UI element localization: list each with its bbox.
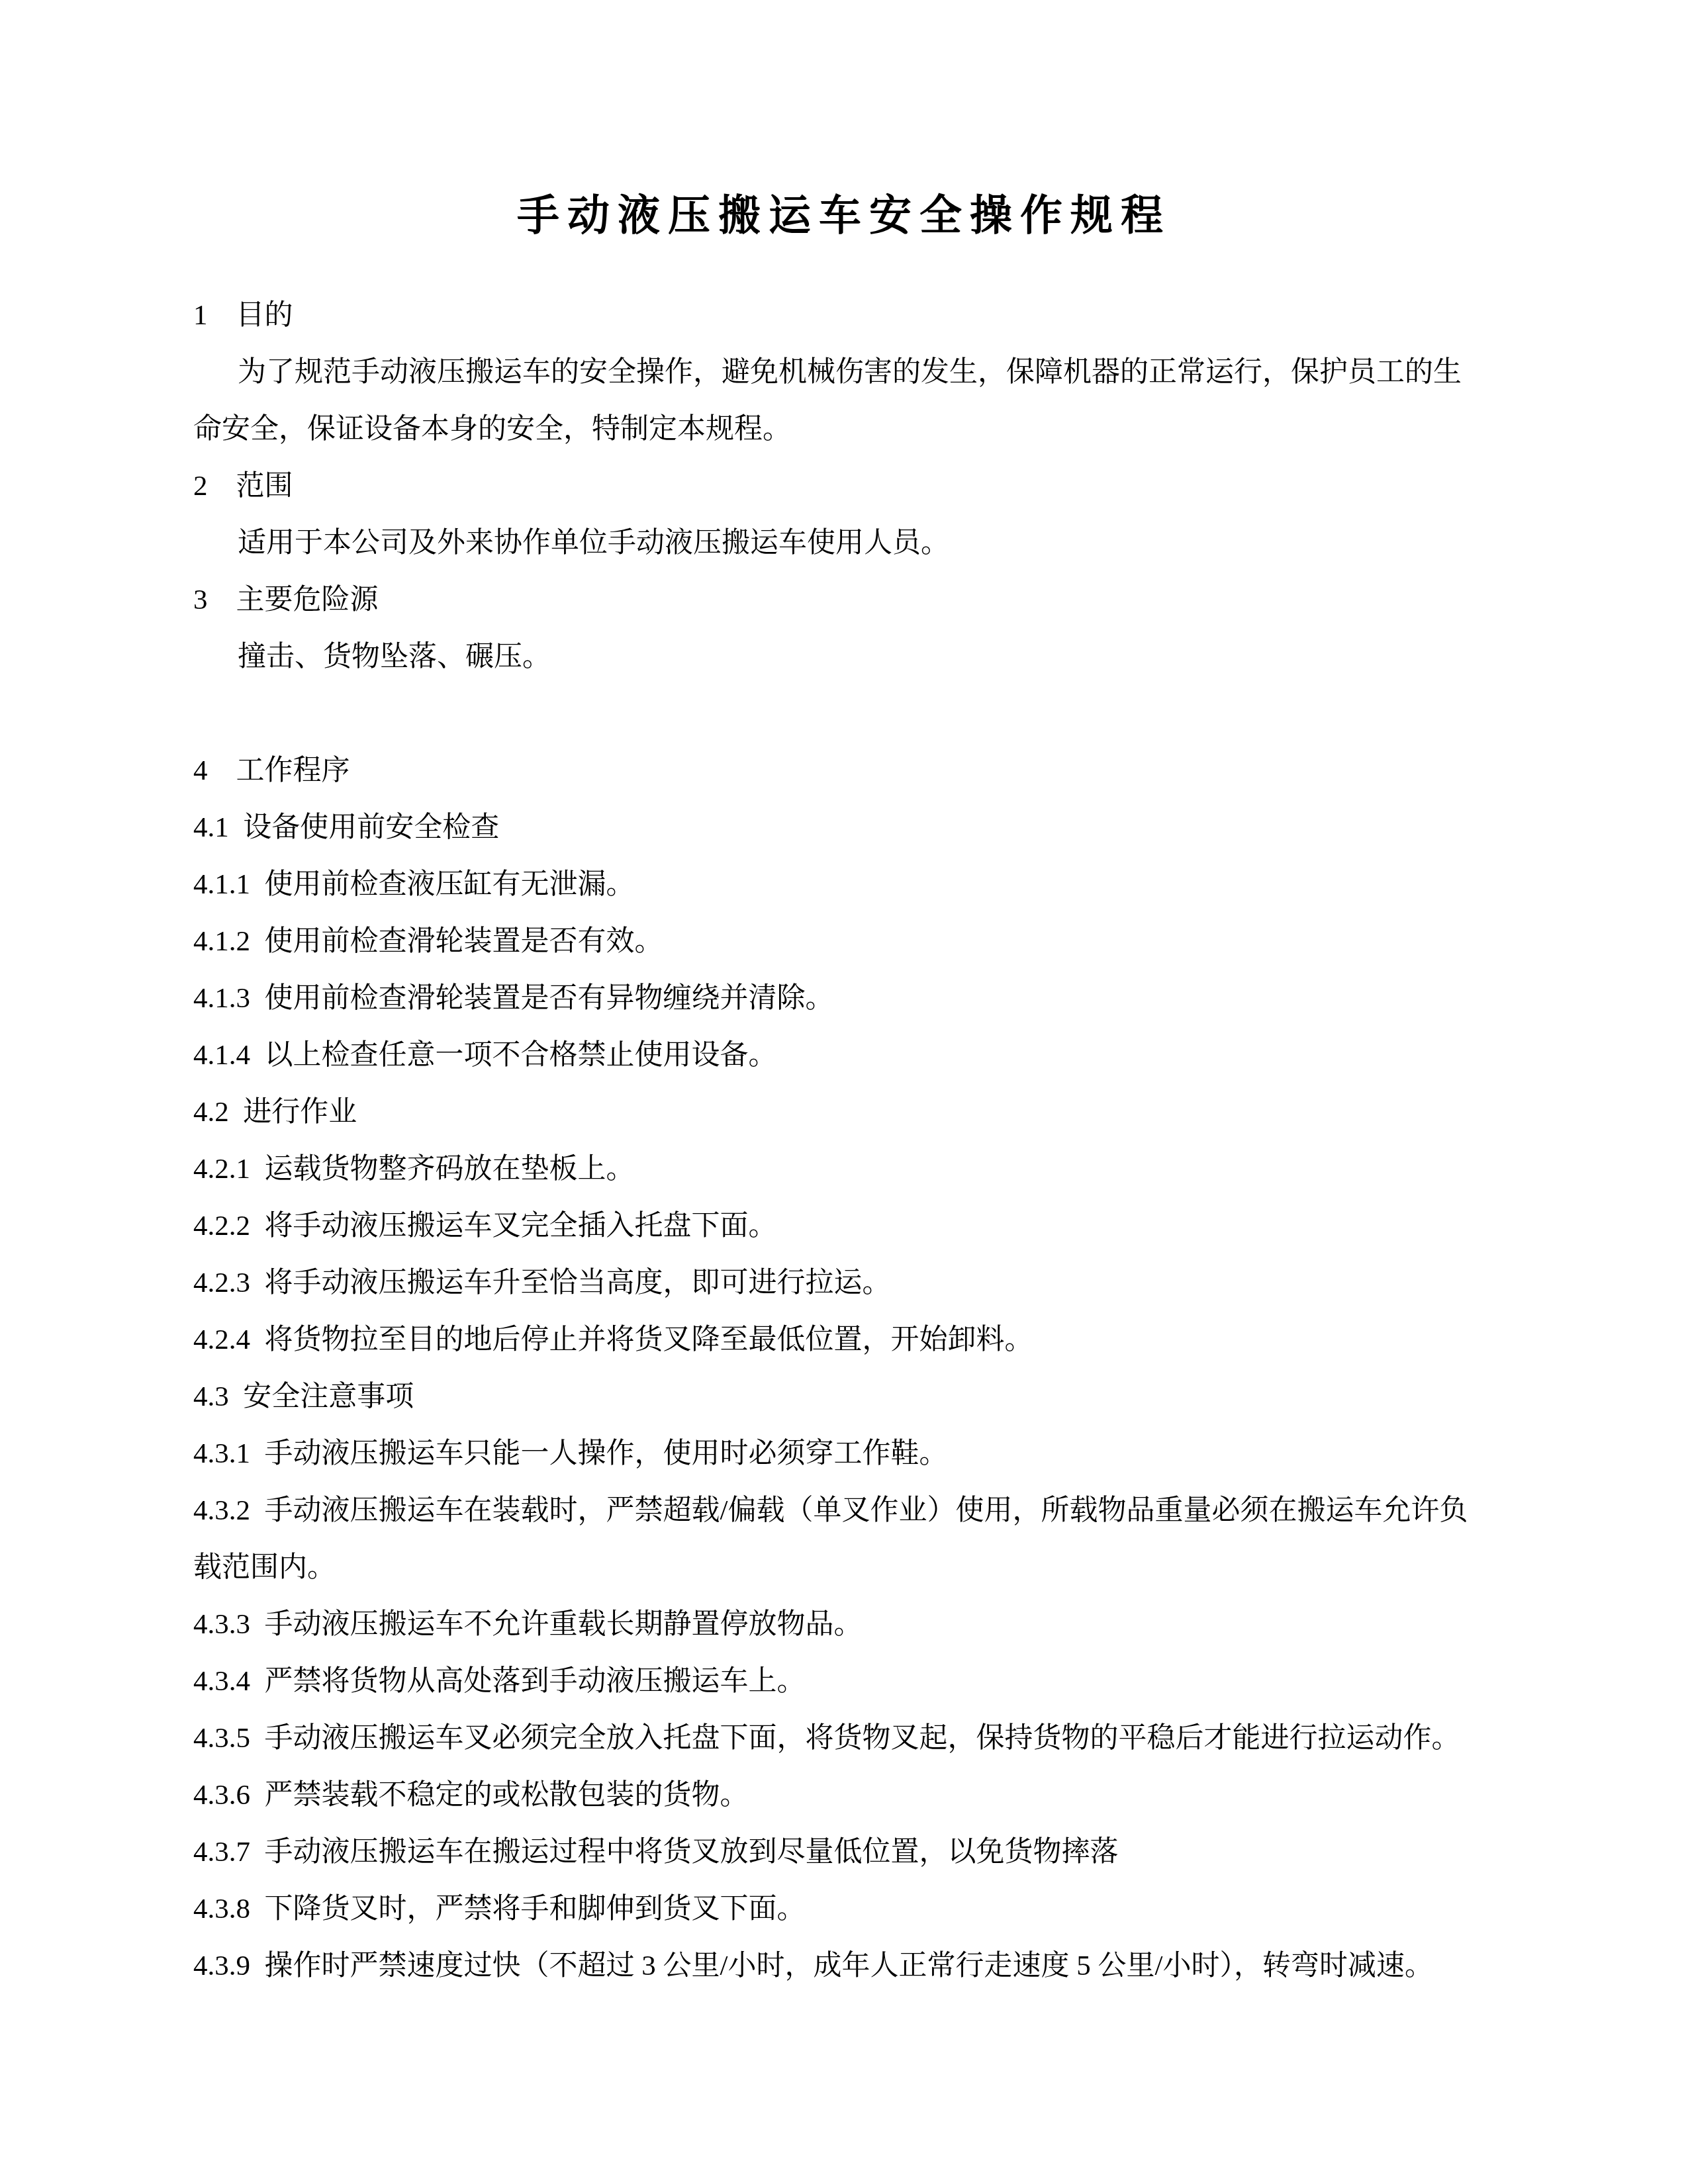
clause-line: 4.2.3 将手动液压搬运车升至恰当高度，即可进行拉运。 <box>193 1255 1484 1312</box>
clause-line: 4.3.2 手动液压搬运车在装载时，严禁超载/偏载（单叉作业）使用，所载物品重量… <box>193 1482 1484 1596</box>
body-paragraph: 为了规范手动液压搬运车的安全操作，避免机械伤害的发生，保障机器的正常运行，保护员… <box>193 344 1484 458</box>
clause-line: 4.1.2 使用前检查滑轮装置是否有效。 <box>193 913 1484 970</box>
document-body: 1 目的为了规范手动液压搬运车的安全操作，避免机械伤害的发生，保障机器的正常运行… <box>193 287 1484 1995</box>
section-heading: 1 目的 <box>193 287 1484 344</box>
subsection-heading: 4.1 设备使用前安全检查 <box>193 799 1484 856</box>
clause-line: 4.3.4 严禁将货物从高处落到手动液压搬运车上。 <box>193 1653 1484 1710</box>
section-heading: 2 范围 <box>193 458 1484 515</box>
section-heading: 3 主要危险源 <box>193 572 1484 629</box>
clause-line: 4.3.6 严禁装载不稳定的或松散包装的货物。 <box>193 1767 1484 1824</box>
body-paragraph: 适用于本公司及外来协作单位手动液压搬运车使用人员。 <box>193 515 1484 572</box>
clause-line: 4.3.7 手动液压搬运车在搬运过程中将货叉放到尽量低位置，以免货物摔落 <box>193 1824 1484 1881</box>
body-paragraph: 撞击、货物坠落、碾压。 <box>193 629 1484 686</box>
section-heading: 4 工作程序 <box>193 743 1484 799</box>
clause-line: 4.2.2 将手动液压搬运车叉完全插入托盘下面。 <box>193 1198 1484 1255</box>
clause-line: 4.1.4 以上检查任意一项不合格禁止使用设备。 <box>193 1027 1484 1084</box>
clause-line: 4.3.8 下降货叉时，严禁将手和脚伸到货叉下面。 <box>193 1881 1484 1938</box>
subsection-heading: 4.2 进行作业 <box>193 1084 1484 1141</box>
clause-line: 4.2.4 将货物拉至目的地后停止并将货叉降至最低位置，开始卸料。 <box>193 1312 1484 1369</box>
clause-line: 4.3.3 手动液压搬运车不允许重载长期静置停放物品。 <box>193 1596 1484 1653</box>
clause-line: 4.2.1 运载货物整齐码放在垫板上。 <box>193 1141 1484 1198</box>
document-page: 手动液压搬运车安全操作规程 1 目的为了规范手动液压搬运车的安全操作，避免机械伤… <box>0 0 1688 2184</box>
clause-line: 4.1.3 使用前检查滑轮装置是否有异物缠绕并清除。 <box>193 970 1484 1027</box>
clause-line: 4.3.5 手动液压搬运车叉必须完全放入托盘下面，将货物叉起，保持货物的平稳后才… <box>193 1710 1484 1767</box>
clause-line: 4.3.1 手动液压搬运车只能一人操作，使用时必须穿工作鞋。 <box>193 1426 1484 1482</box>
clause-line: 4.3.9 操作时严禁速度过快（不超过 3 公里/小时，成年人正常行走速度 5 … <box>193 1938 1484 1995</box>
subsection-heading: 4.3 安全注意事项 <box>193 1369 1484 1426</box>
clause-line: 4.1.1 使用前检查液压缸有无泄漏。 <box>193 856 1484 913</box>
document-title: 手动液压搬运车安全操作规程 <box>0 191 1688 240</box>
